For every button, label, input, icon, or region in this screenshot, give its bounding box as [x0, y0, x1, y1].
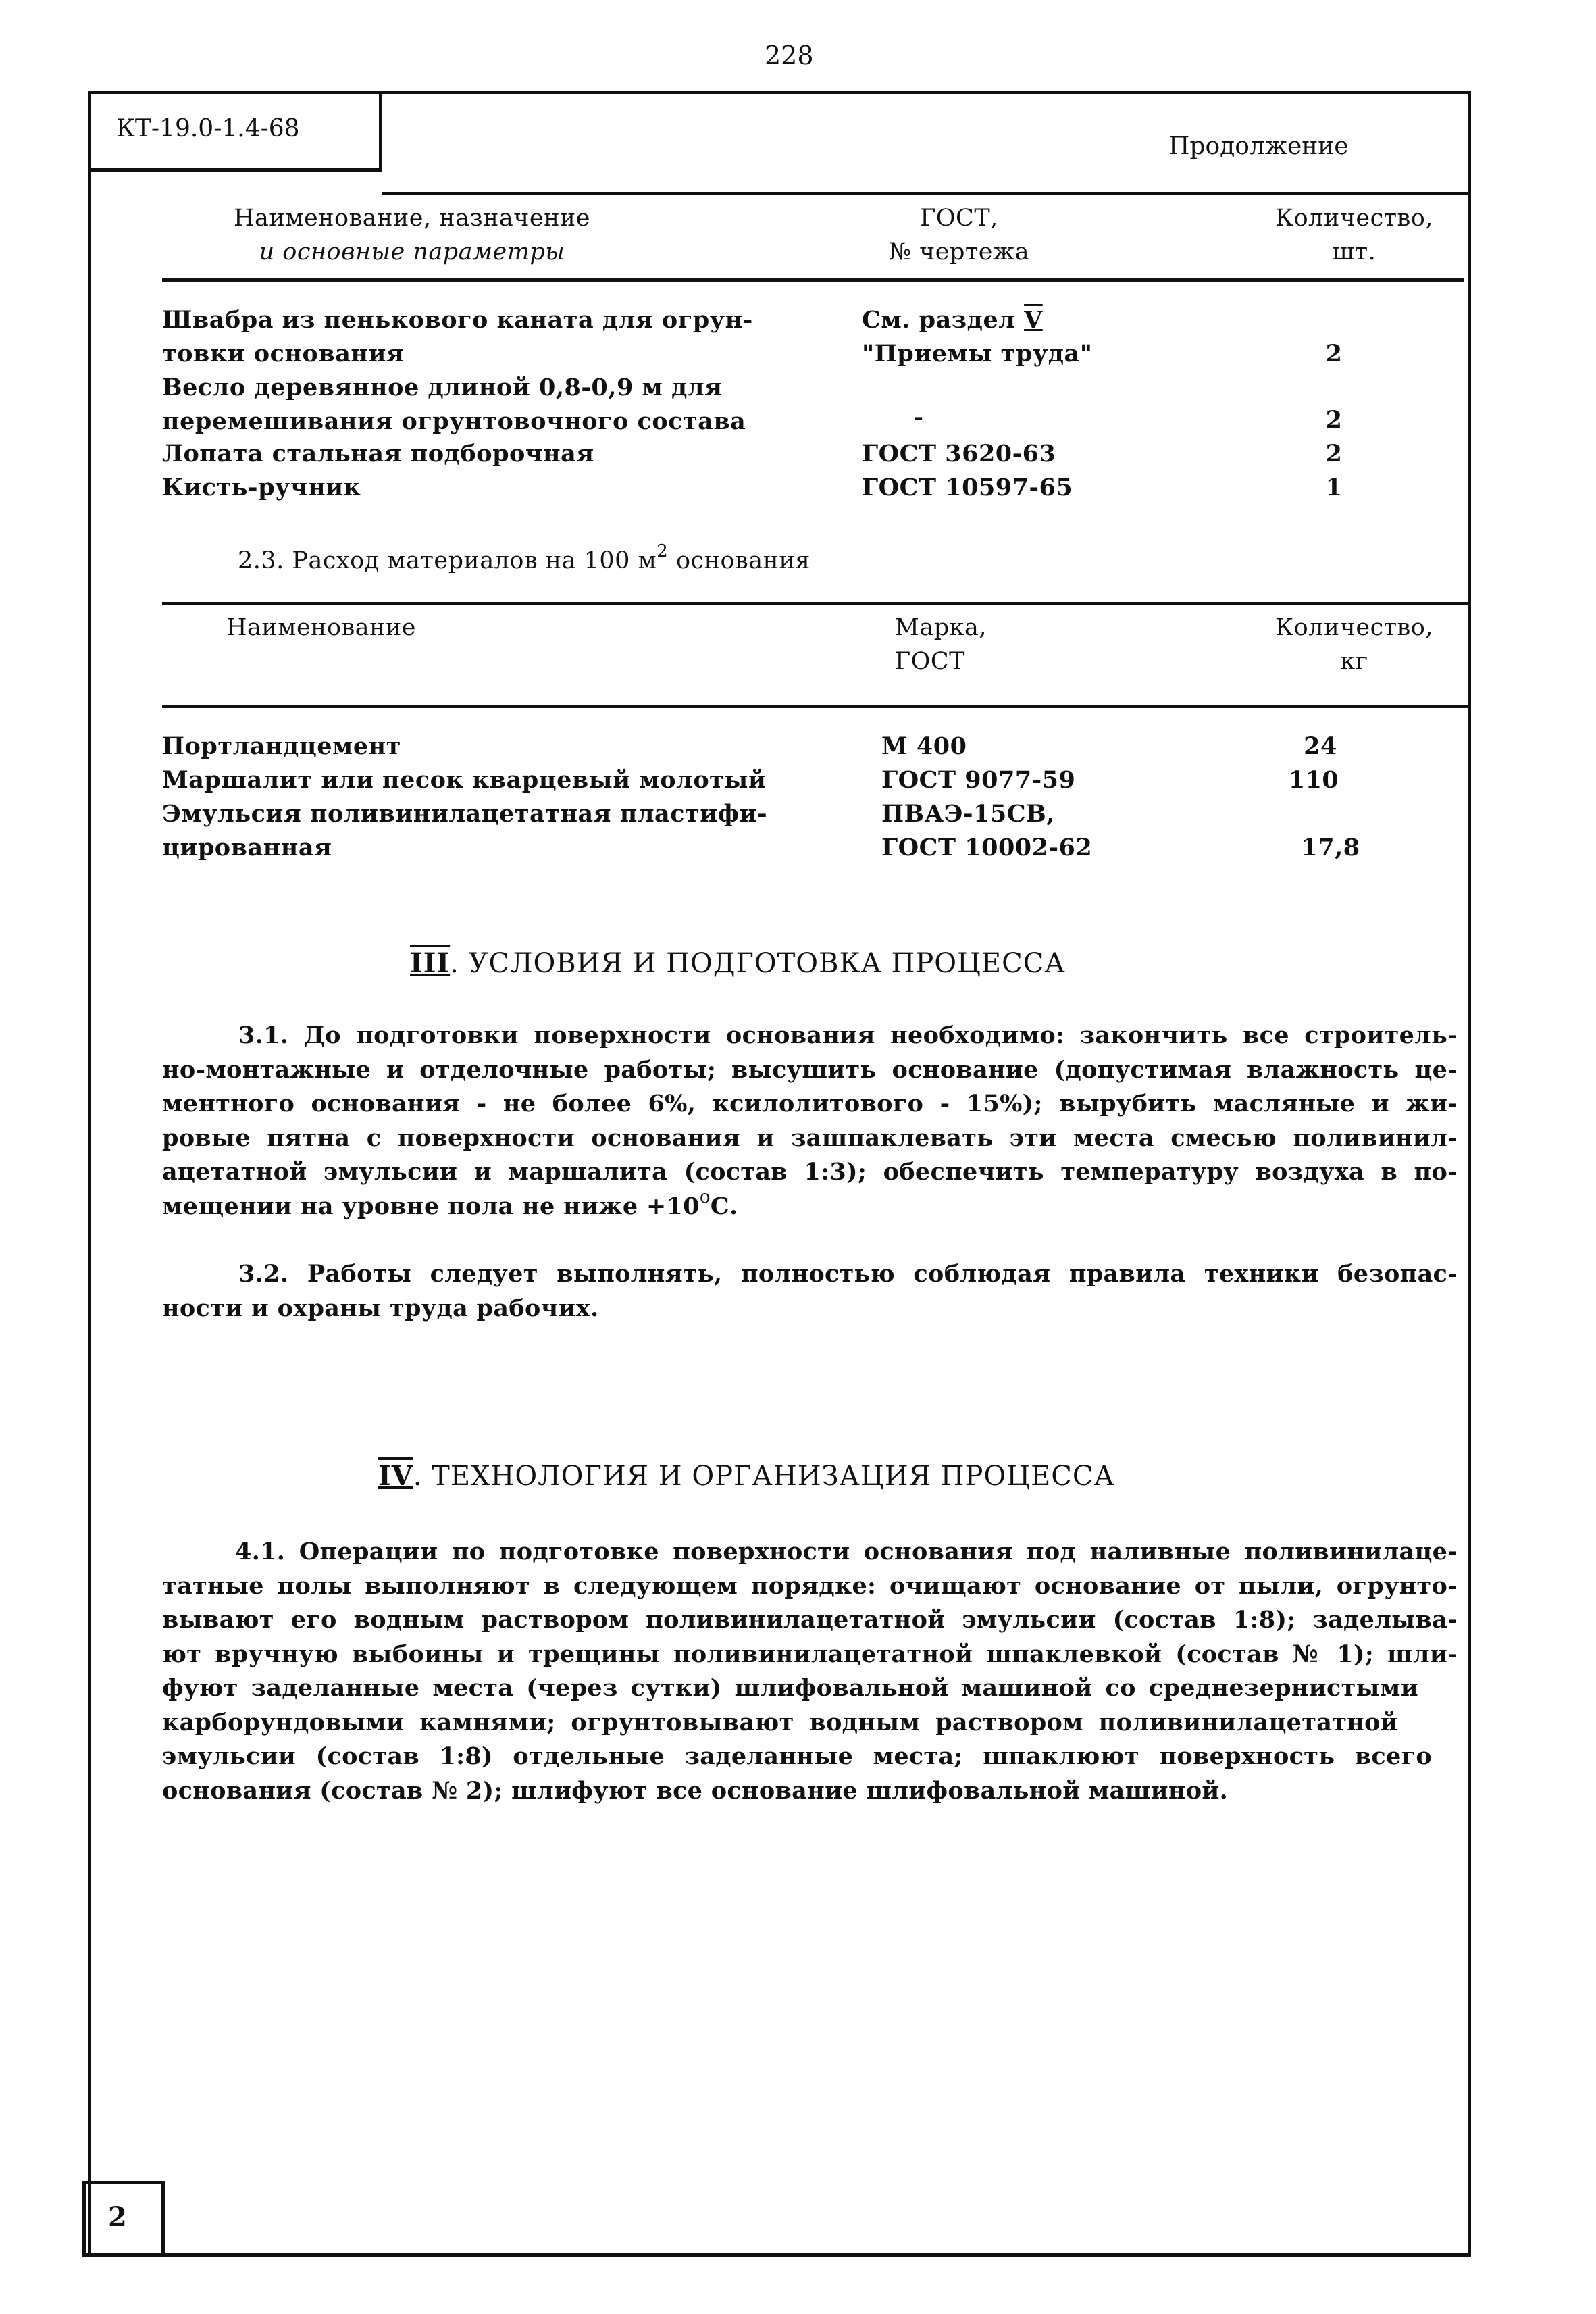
table2-row-3-mark: ПВАЭ-15СВ, ГОСТ 10002-62	[881, 797, 1092, 865]
doc-code: КТ-19.0-1.4-68	[116, 115, 300, 143]
paragraph-4-1: 4.1. Операции по подготовке поверхности …	[162, 1535, 1458, 1808]
table2-row-1-qty: 24	[1283, 730, 1358, 763]
table1-header-name: Наименование, назначение и основные пара…	[203, 201, 621, 269]
table2-header-name: Наименование	[226, 611, 416, 645]
table1-row-2-qty: 2	[1310, 403, 1358, 437]
table2-row-2-name: Маршалит или песок кварцевый молотый	[162, 763, 766, 797]
table2-row-1-name: Портландцемент	[162, 730, 401, 763]
section-3-heading: III. УСЛОВИЯ И ПОДГОТОВКА ПРОЦЕССА	[410, 947, 1066, 979]
table2-header-qty: Количество, кг	[1253, 611, 1456, 678]
table1-row-3-qty: 2	[1310, 437, 1358, 471]
continuation-label: Продолжение	[1168, 132, 1349, 160]
table1-row-1-name: Швабра из пенькового каната для огрун- т…	[162, 303, 753, 371]
table2-top-rule	[162, 602, 1471, 605]
table2-row-2-mark: ГОСТ 9077-59	[881, 763, 1075, 797]
table1-header-qty: Количество, шт.	[1253, 201, 1456, 269]
table1-top-rule	[382, 192, 1471, 195]
section-2-3-heading: 2.3. Расход материалов на 100 м2 основан…	[238, 544, 810, 578]
table1-header-rule	[162, 278, 1464, 282]
table2-row-2-qty: 110	[1277, 763, 1351, 797]
paragraph-3-2: 3.2. Работы следует выполнять, полностью…	[162, 1257, 1458, 1326]
table1-row-2-gost: -	[898, 401, 939, 434]
roman-numeral-iii: III	[410, 947, 450, 979]
table1-row-4-gost: ГОСТ 10597-65	[862, 471, 1073, 505]
paragraph-3-1: 3.1. До подготовки поверхности основания…	[162, 1019, 1458, 1224]
table1-row-1-qty: 2	[1310, 337, 1358, 371]
table1-row-1-gost: См. раздел V "Приемы труда"	[862, 303, 1092, 371]
table1-header-gost: ГОСТ, № чертежа	[851, 201, 1067, 269]
table1-row-4-qty: 1	[1310, 471, 1358, 505]
roman-numeral-v: V	[1024, 306, 1043, 334]
table2-header-mark: Марка, ГОСТ	[895, 611, 987, 678]
sheet-number: 2	[108, 2201, 127, 2233]
table1-row-4-name: Кисть-ручник	[162, 471, 361, 505]
page-number: 228	[765, 41, 814, 70]
table1-row-3-name: Лопата стальная подборочная	[162, 437, 594, 471]
table1-row-3-gost: ГОСТ 3620-63	[862, 437, 1056, 471]
table2-header-rule	[162, 705, 1471, 708]
roman-numeral-iv: IV	[378, 1460, 413, 1492]
section-4-heading: IV. ТЕХНОЛОГИЯ И ОРГАНИЗАЦИЯ ПРОЦЕССА	[378, 1460, 1115, 1492]
table2-row-1-mark: М 400	[881, 730, 967, 763]
table2-row-3-name: Эмульсия поливинилацетатная пластифи- ци…	[162, 797, 767, 865]
table2-row-3-qty: 17,8	[1293, 831, 1368, 865]
table1-row-2-name: Весло деревянное длиной 0,8-0,9 м для пе…	[162, 371, 746, 438]
